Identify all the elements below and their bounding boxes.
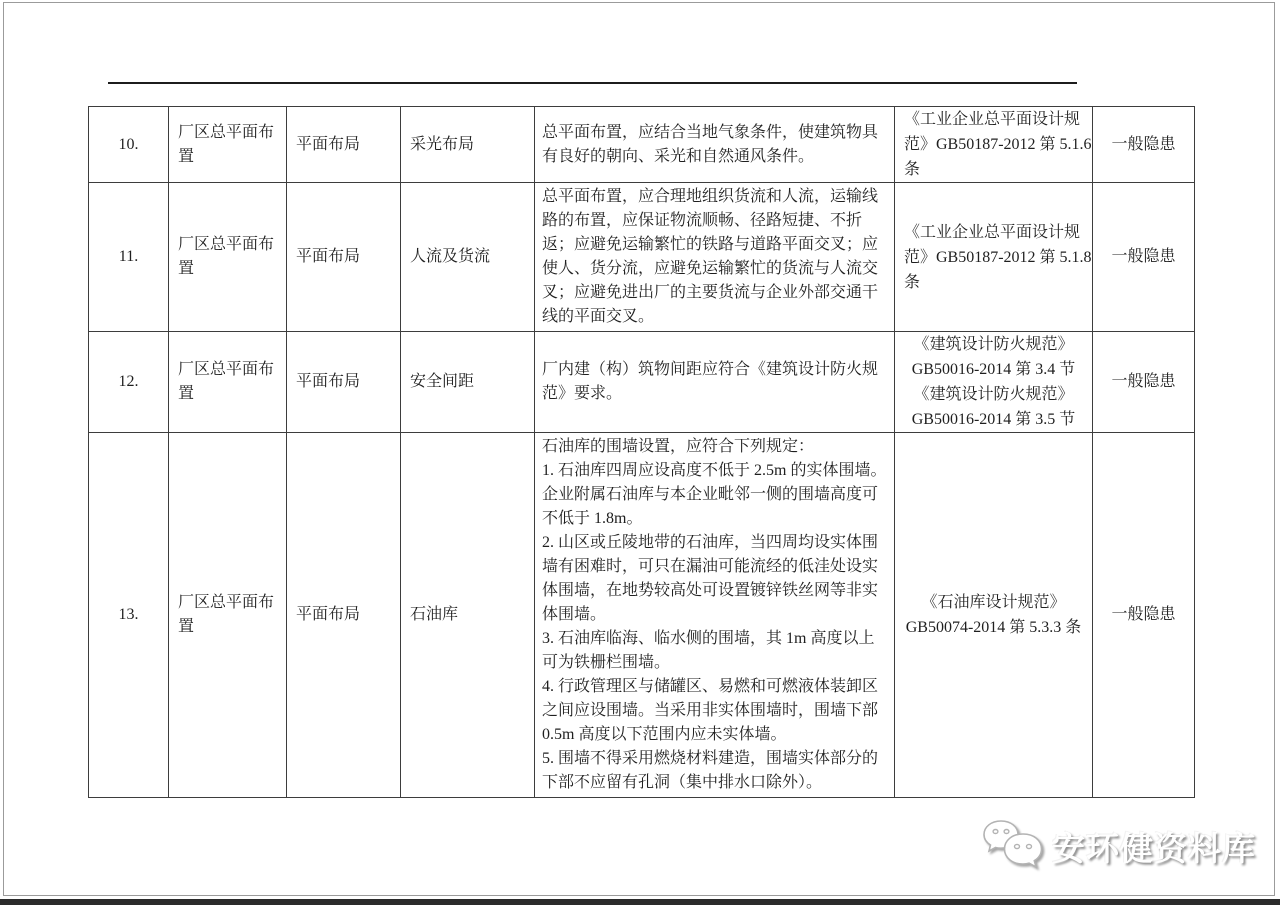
table-row: 10.厂区总平面布置平面布局采光布局总平面布置，应结合当地气象条件，使建筑物具有… (89, 107, 1195, 183)
reference-line: GB50016-2014 第 3.4 节 (901, 357, 1086, 382)
section-cell: 厂区总平面布置 (169, 183, 287, 332)
serial-cell: 11. (89, 183, 169, 332)
inspection-table: 10.厂区总平面布置平面布局采光布局总平面布置，应结合当地气象条件，使建筑物具有… (88, 106, 1195, 798)
reference-line: GB50074-2014 第 5.3.3 条 (901, 615, 1086, 640)
item-cell: 采光布局 (401, 107, 535, 183)
reference-line: 条 (901, 270, 1086, 295)
hazard-cell: 一般隐患 (1093, 332, 1195, 433)
item-cell: 安全间距 (401, 332, 535, 433)
wechat-icon (980, 818, 1046, 874)
table-row: 12.厂区总平面布置平面布局安全间距厂内建（构）筑物间距应符合《建筑设计防火规范… (89, 332, 1195, 433)
watermark: 安环健资料库 (980, 818, 1256, 874)
layout-cell: 平面布局 (287, 433, 401, 798)
description-cell: 石油库的围墙设置，应符合下列规定： 1. 石油库四周应设高度不低于 2.5m 的… (535, 433, 895, 798)
layout-cell: 平面布局 (287, 332, 401, 433)
description-cell: 总平面布置，应合理地组织货流和人流，运输线路的布置，应保证物流顺畅、径路短捷、不… (535, 183, 895, 332)
inspection-table-body: 10.厂区总平面布置平面布局采光布局总平面布置，应结合当地气象条件，使建筑物具有… (89, 107, 1195, 798)
layout-cell: 平面布局 (287, 183, 401, 332)
reference-cell: 《建筑设计防火规范》GB50016-2014 第 3.4 节《建筑设计防火规范》… (895, 332, 1093, 433)
document-page: 10.厂区总平面布置平面布局采光布局总平面布置，应结合当地气象条件，使建筑物具有… (0, 0, 1280, 905)
serial-cell: 12. (89, 332, 169, 433)
hazard-cell: 一般隐患 (1093, 107, 1195, 183)
reference-line: 条 (901, 157, 1086, 182)
reference-line: 《石油库设计规范》 (901, 590, 1086, 615)
hazard-cell: 一般隐患 (1093, 183, 1195, 332)
table-row: 11.厂区总平面布置平面布局人流及货流总平面布置，应合理地组织货流和人流，运输线… (89, 183, 1195, 332)
item-cell: 石油库 (401, 433, 535, 798)
section-cell: 厂区总平面布置 (169, 107, 287, 183)
reference-line: 《工业企业总平面设计规 (901, 220, 1086, 245)
table-row: 13.厂区总平面布置平面布局石油库石油库的围墙设置，应符合下列规定： 1. 石油… (89, 433, 1195, 798)
reference-cell: 《工业企业总平面设计规范》GB50187-2012 第 5.1.8条 (895, 183, 1093, 332)
reference-line: 《建筑设计防火规范》 (901, 332, 1086, 357)
reference-line: GB50016-2014 第 3.5 节 (901, 407, 1086, 432)
reference-line: 《建筑设计防火规范》 (901, 382, 1086, 407)
header-rule (108, 82, 1077, 84)
hazard-cell: 一般隐患 (1093, 433, 1195, 798)
reference-line: 范》GB50187-2012 第 5.1.8 (901, 245, 1086, 270)
reference-line: 《工业企业总平面设计规 (901, 107, 1086, 132)
description-cell: 总平面布置，应结合当地气象条件，使建筑物具有良好的朝向、采光和自然通风条件。 (535, 107, 895, 183)
section-cell: 厂区总平面布置 (169, 332, 287, 433)
serial-cell: 13. (89, 433, 169, 798)
bottom-edge-bar (0, 899, 1280, 905)
reference-line: 范》GB50187-2012 第 5.1.6 (901, 132, 1086, 157)
description-cell: 厂内建（构）筑物间距应符合《建筑设计防火规范》要求。 (535, 332, 895, 433)
watermark-text: 安环健资料库 (1052, 823, 1256, 870)
item-cell: 人流及货流 (401, 183, 535, 332)
serial-cell: 10. (89, 107, 169, 183)
reference-cell: 《工业企业总平面设计规范》GB50187-2012 第 5.1.6条 (895, 107, 1093, 183)
layout-cell: 平面布局 (287, 107, 401, 183)
section-cell: 厂区总平面布置 (169, 433, 287, 798)
reference-cell: 《石油库设计规范》GB50074-2014 第 5.3.3 条 (895, 433, 1093, 798)
